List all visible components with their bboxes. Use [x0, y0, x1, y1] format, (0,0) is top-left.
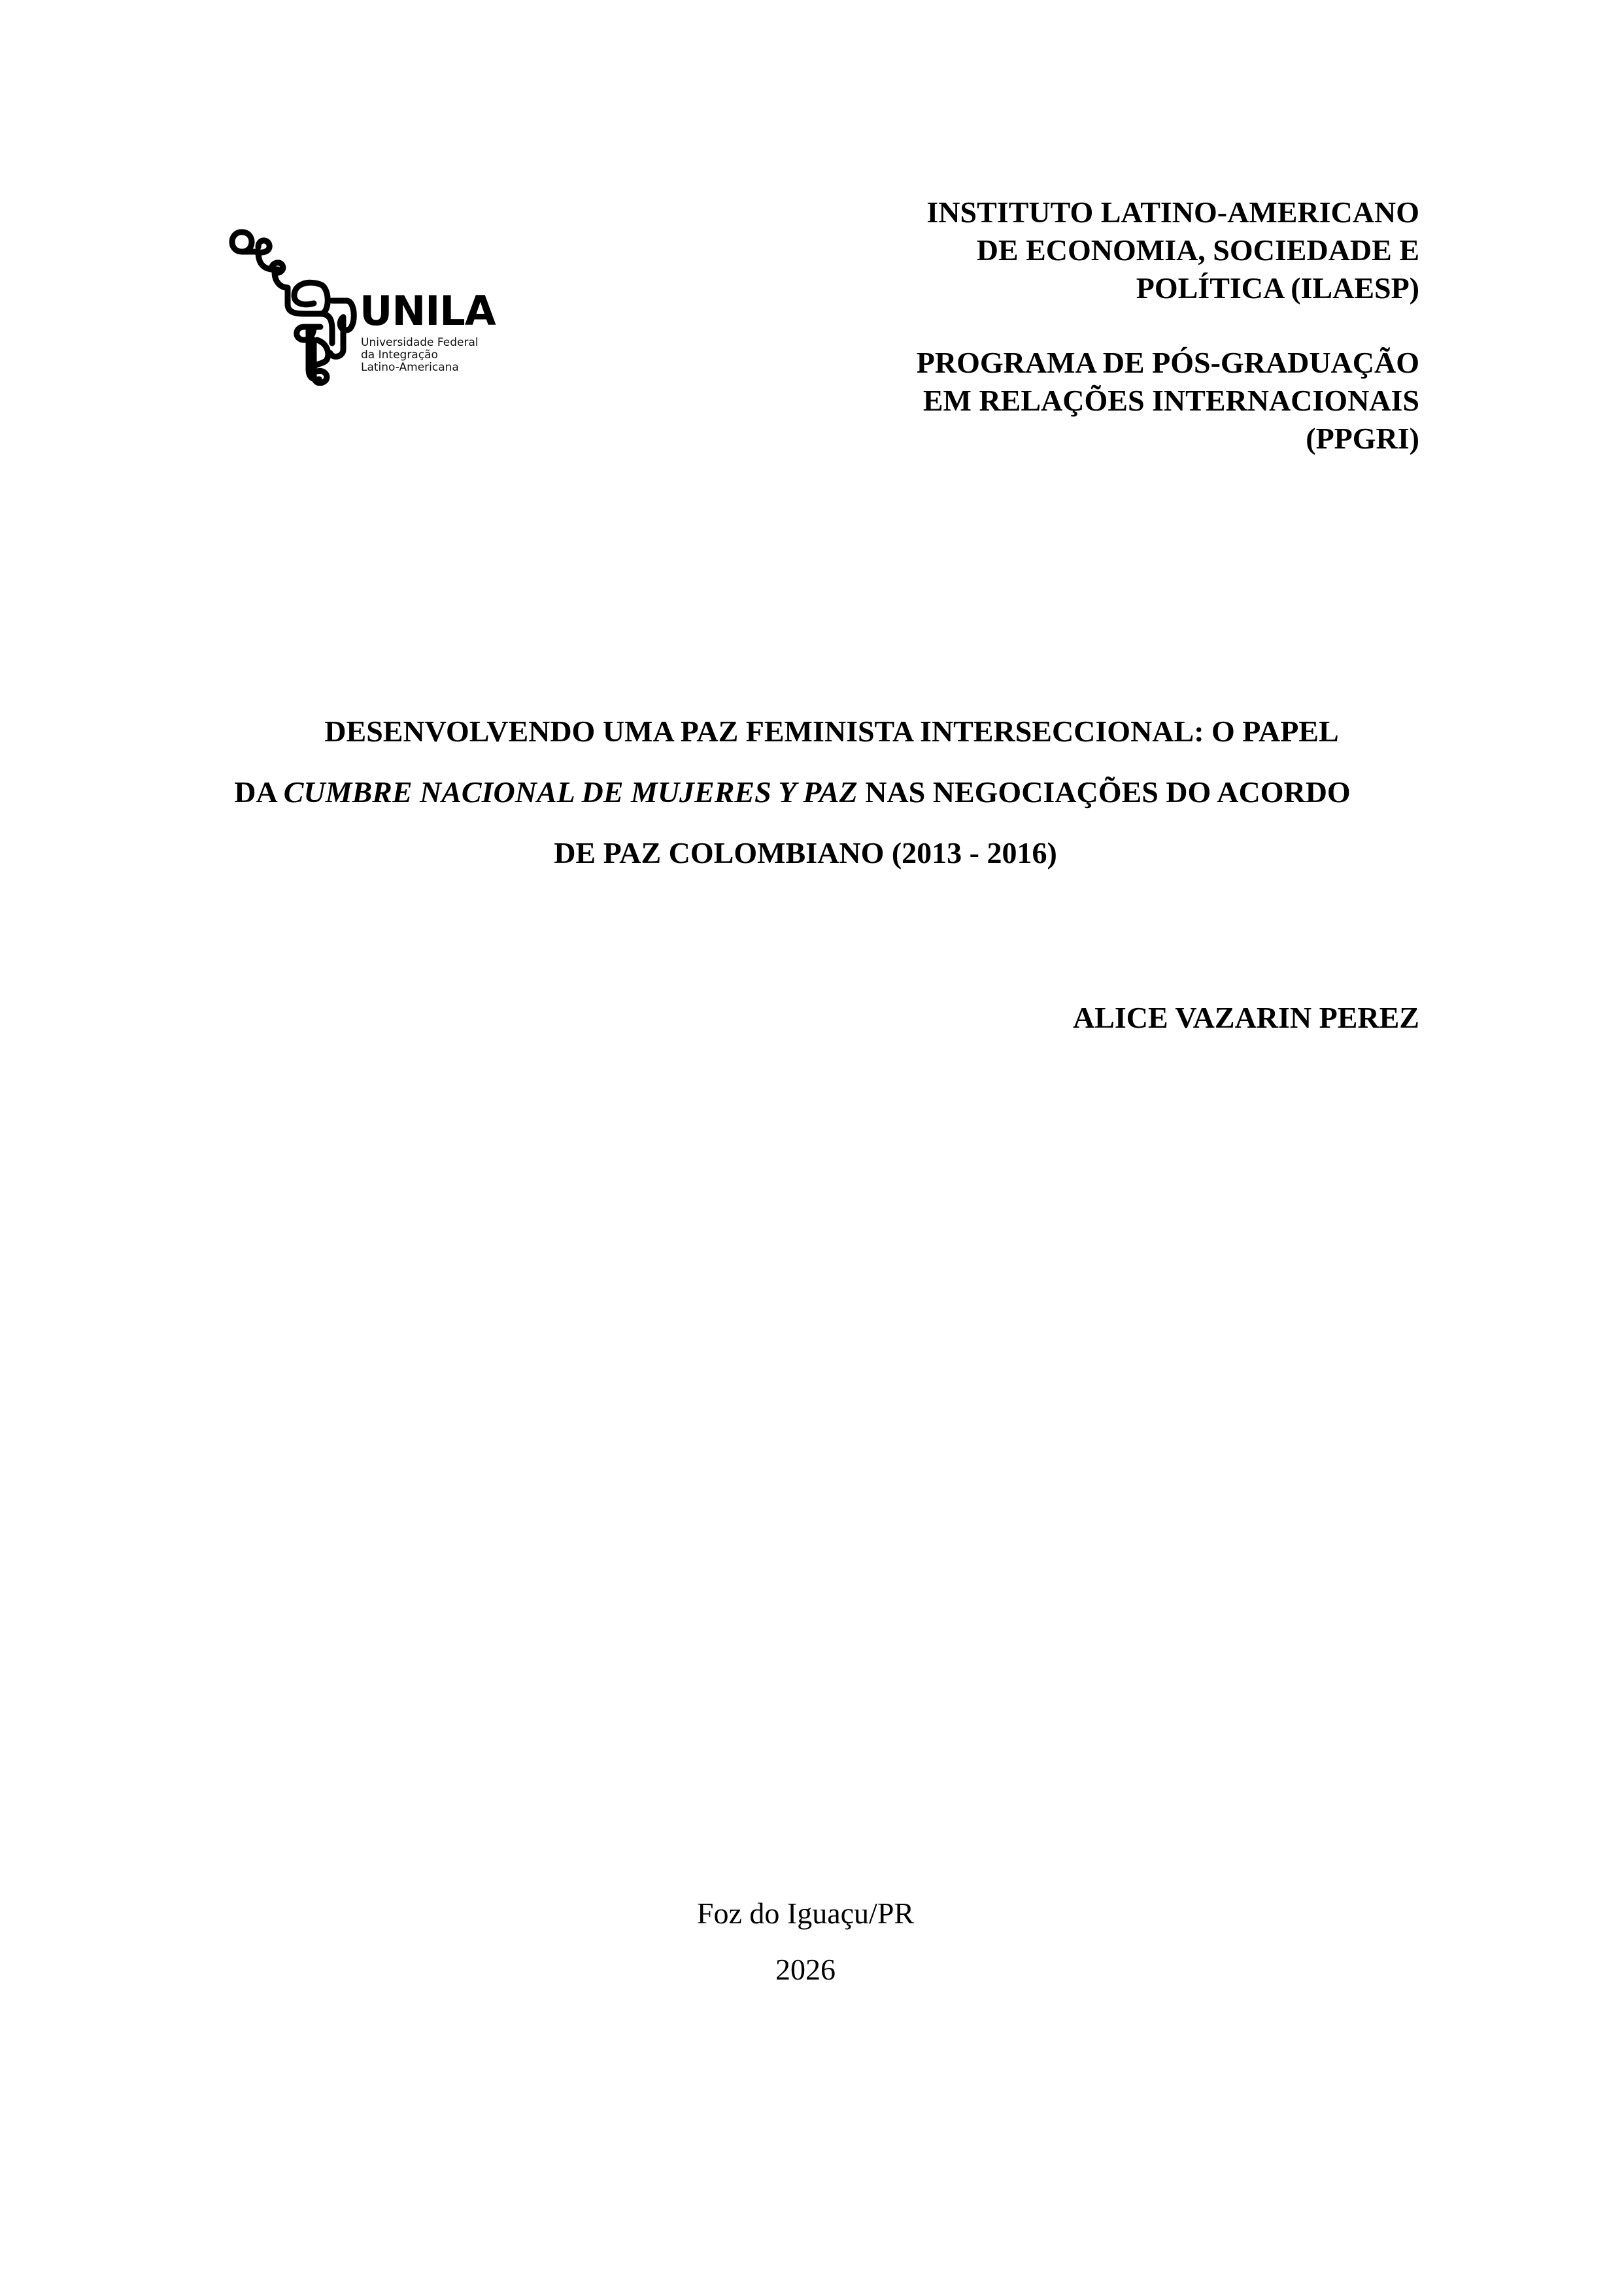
program-line: (PPGRI)	[917, 420, 1419, 458]
program-heading: PROGRAMA DE PÓS-GRADUAÇÃO EM RELAÇÕES IN…	[917, 344, 1419, 458]
title-italic-term: CUMBRE NACIONAL DE MUJERES Y PAZ	[284, 775, 858, 809]
university-logo: UNILA Universidade Federal da Integração…	[222, 222, 497, 386]
title-text: NAS NEGOCIAÇÕES DO ACORDO	[858, 775, 1351, 809]
logo-subtitle-line: da Integração	[361, 349, 479, 362]
program-line: PROGRAMA DE PÓS-GRADUAÇÃO	[917, 344, 1419, 382]
logo-subtitle-line: Universidade Federal	[361, 337, 479, 349]
logo-subtitle: Universidade Federal da Integração Latin…	[361, 337, 479, 374]
location: Foz do Iguaçu/PR	[0, 1895, 1617, 1932]
institute-line: DE ECONOMIA, SOCIEDADE E	[926, 231, 1419, 269]
program-line: EM RELAÇÕES INTERNACIONAIS	[917, 382, 1419, 420]
thesis-title-line-2: DA CUMBRE NACIONAL DE MUJERES Y PAZ NAS …	[0, 773, 1604, 811]
logo-subtitle-line: Latino-Americana	[361, 362, 479, 374]
institute-heading: INSTITUTO LATINO-AMERICANO DE ECONOMIA, …	[926, 194, 1419, 307]
institute-line: POLÍTICA (ILAESP)	[926, 269, 1419, 307]
title-text: DA	[234, 775, 283, 809]
author-name: ALICE VAZARIN PEREZ	[1073, 999, 1419, 1037]
institute-line: INSTITUTO LATINO-AMERICANO	[926, 194, 1419, 231]
thesis-title-line-1: DESENVOLVENDO UMA PAZ FEMINISTA INTERSEC…	[0, 713, 1624, 751]
logo-wordmark: UNILA	[360, 291, 496, 331]
year: 2026	[0, 1951, 1617, 1989]
unila-map-knot-icon	[222, 222, 360, 386]
thesis-title-line-3: DE PAZ COLOMBIANO (2013 - 2016)	[0, 834, 1617, 872]
